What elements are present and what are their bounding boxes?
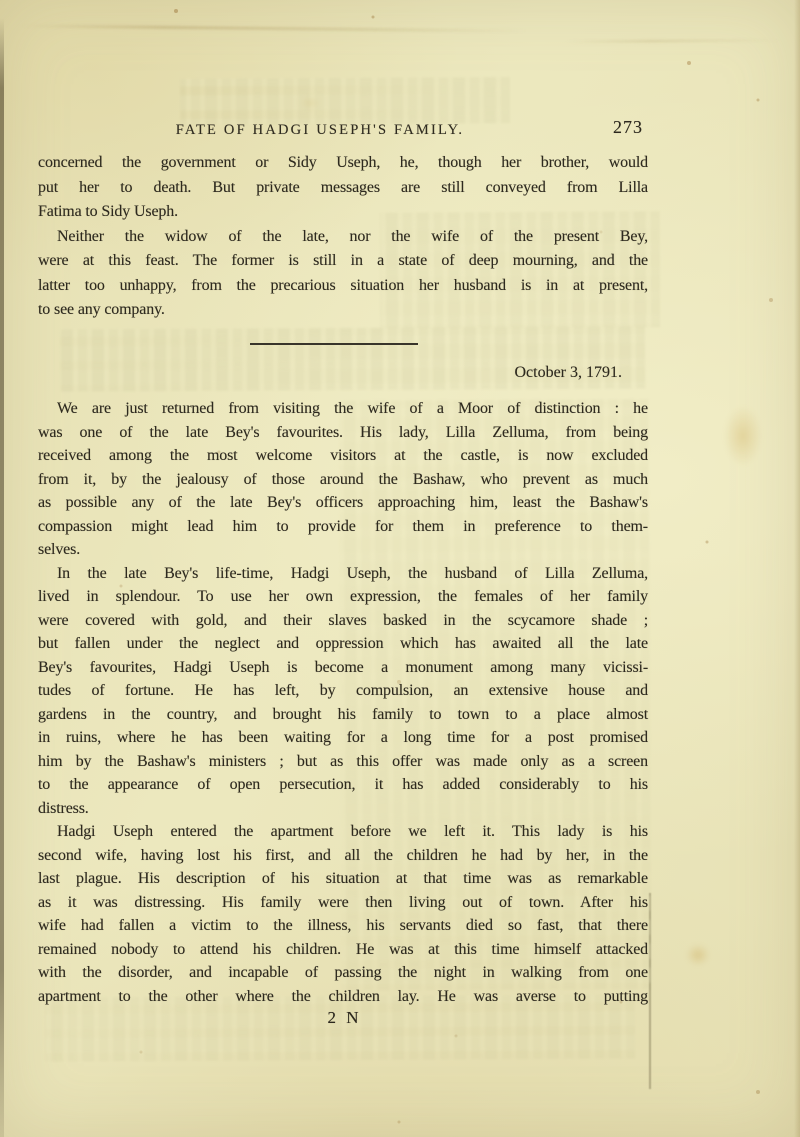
text-line: lived in splendour. To use her own expre… bbox=[38, 585, 648, 609]
text-line: from it, by the jealousy of those around… bbox=[38, 468, 648, 492]
text-line: in ruins, where he has been waiting for … bbox=[38, 726, 648, 750]
text-line: put her to death. But private messages a… bbox=[38, 176, 648, 201]
section-divider-rule bbox=[250, 343, 418, 345]
paper-stain bbox=[686, 944, 710, 966]
running-header: FATE OF HADGI USEPH'S FAMILY. bbox=[38, 121, 648, 139]
text-line: him by the Bashaw's ministers ; but as t… bbox=[38, 750, 648, 774]
scan-right-edge-shadow bbox=[794, 0, 800, 1137]
text-line: was one of the late Bey's favourites. Hi… bbox=[38, 421, 648, 445]
text-line: with the disorder, and incapable of pass… bbox=[38, 961, 648, 985]
text-line: remained nobody to attend his children. … bbox=[38, 938, 648, 962]
signature-mark: 2 N bbox=[38, 1008, 648, 1028]
page-number: 273 bbox=[613, 117, 643, 138]
book-page: FATE OF HADGI USEPH'S FAMILY. 273 concer… bbox=[0, 0, 800, 1137]
text-line: tudes of fortune. He has left, by compul… bbox=[38, 679, 648, 703]
running-header-title: FATE OF HADGI USEPH'S FAMILY. bbox=[176, 122, 465, 138]
text-line: to see any company. bbox=[38, 298, 648, 323]
text-line: We are just returned from visiting the w… bbox=[38, 397, 648, 421]
text-line: wife had fallen a victim to the illness,… bbox=[38, 914, 648, 938]
text-line: gardens in the country, and brought his … bbox=[38, 703, 648, 727]
text-line: apartment to the other where the childre… bbox=[38, 985, 648, 1009]
continuation-text: concerned the government or Sidy Useph, … bbox=[38, 151, 648, 323]
entry-date: October 3, 1791. bbox=[38, 364, 648, 382]
text-line: Neither the widow of the late, nor the w… bbox=[38, 225, 648, 250]
scan-left-edge-shadow bbox=[0, 18, 4, 1137]
text-line: latter too unhappy, from the precarious … bbox=[38, 274, 648, 299]
text-line: distress. bbox=[38, 797, 648, 821]
paper-speckles bbox=[0, 0, 2, 2]
paper-stain bbox=[724, 406, 762, 466]
text-line: were covered with gold, and their slaves… bbox=[38, 609, 648, 633]
text-line: last plague. His description of his situ… bbox=[38, 867, 648, 891]
journal-entry-text: We are just returned from visiting the w… bbox=[38, 397, 648, 1008]
text-line: Bey's favourites, Hadgi Useph is become … bbox=[38, 656, 648, 680]
text-line: to the appearance of open persecution, i… bbox=[38, 773, 648, 797]
text-line: second wife, having lost his first, and … bbox=[38, 844, 648, 868]
text-line: as possible any of the late Bey's office… bbox=[38, 491, 648, 515]
paper-crease bbox=[565, 39, 780, 43]
paper-crease bbox=[22, 24, 527, 32]
verso-show-through bbox=[180, 77, 510, 125]
text-line: as it was distressing. His family were t… bbox=[38, 891, 648, 915]
text-line: were at this feast. The former is still … bbox=[38, 249, 648, 274]
text-line: selves. bbox=[38, 538, 648, 562]
text-line: compassion might lead him to provide for… bbox=[38, 515, 648, 539]
text-line: In the late Bey's life-time, Hadgi Useph… bbox=[38, 562, 648, 586]
text-line: but fallen under the neglect and oppress… bbox=[38, 632, 648, 656]
text-line: received among the most welcome visitors… bbox=[38, 444, 648, 468]
text-line: concerned the government or Sidy Useph, … bbox=[38, 151, 648, 176]
text-line: Fatima to Sidy Useph. bbox=[38, 200, 648, 225]
text-line: Hadgi Useph entered the apartment before… bbox=[38, 820, 648, 844]
